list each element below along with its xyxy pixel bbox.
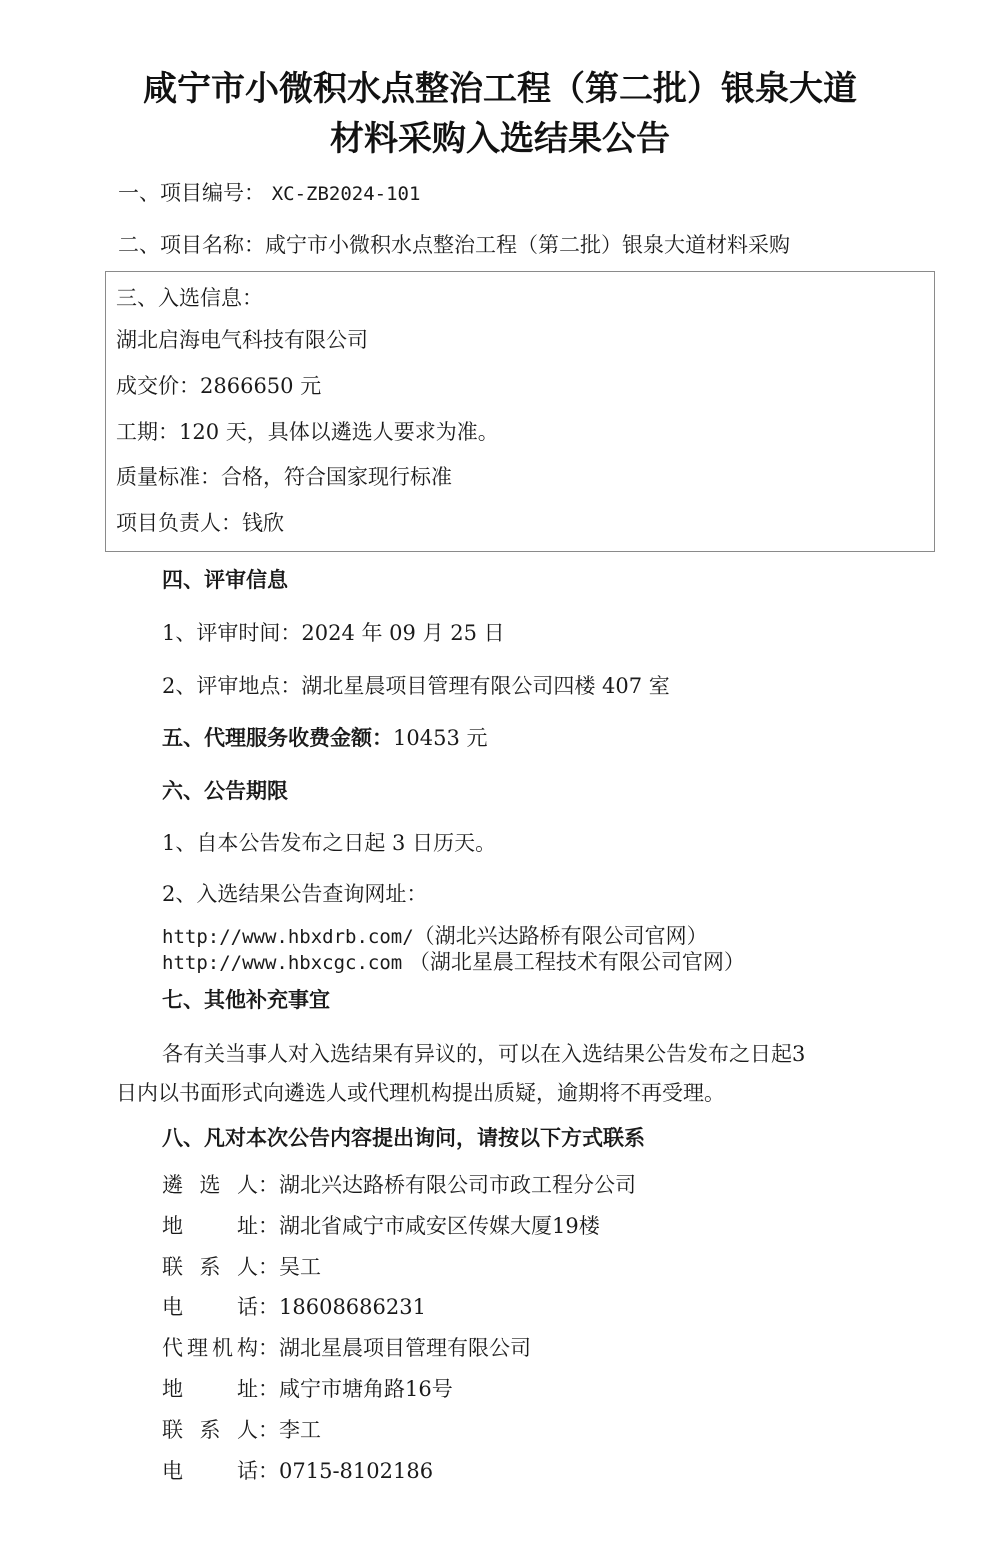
selector-phone-label: 电话 — [162, 1297, 258, 1318]
selector-name-value: 湖北兴达路桥有限公司市政工程分公司 — [279, 1173, 636, 1197]
review-time-row: 1、评审时间：2024 年 09 月 25 日 — [162, 623, 505, 644]
deal-price-row: 成交价：2866650 元 — [116, 376, 321, 397]
colon: ： — [258, 1173, 279, 1197]
query-link-2-desc: （湖北星晨工程技术有限公司官网） — [409, 950, 745, 974]
document-title-line-2: 材料采购入选结果公告 — [0, 122, 1000, 156]
query-link-row-2: http://www.hbxcgc.com （湖北星晨工程技术有限公司官网） — [162, 952, 745, 973]
selector-contact-value: 吴工 — [279, 1255, 321, 1279]
agency-name-row: 代理机构：湖北星晨项目管理有限公司 — [162, 1338, 531, 1359]
construction-period-label: 工期： — [116, 420, 179, 444]
colon: ： — [258, 1295, 279, 1319]
selector-address-value: 湖北省咸宁市咸安区传媒大厦19楼 — [279, 1214, 600, 1238]
project-manager-value: 钱欣 — [242, 511, 284, 535]
query-link-1[interactable]: http://www.hbxdrb.com/ — [162, 926, 414, 948]
other-matters-heading: 七、其他补充事宜 — [162, 990, 330, 1011]
agency-fee-row: 五、代理服务收费金额：10453 元 — [162, 728, 487, 749]
deal-price-label: 成交价： — [116, 374, 200, 398]
quality-standard-label: 质量标准： — [116, 465, 221, 489]
selection-info-heading: 三、入选信息： — [116, 288, 263, 309]
query-link-2[interactable]: http://www.hbxcgc.com — [162, 952, 402, 974]
quality-standard-row: 质量标准：合格，符合国家现行标准 — [116, 467, 452, 488]
project-number-value: XC-ZB2024-101 — [272, 183, 421, 205]
colon: ： — [258, 1214, 279, 1238]
project-name-row: 二、项目名称：咸宁市小微积水点整治工程（第二批）银泉大道材料采购 — [118, 235, 790, 256]
agency-address-row: 地址：咸宁市塘角路16号 — [162, 1379, 453, 1400]
project-manager-row: 项目负责人：钱欣 — [116, 513, 284, 534]
review-location-label: 2、评审地点： — [162, 674, 301, 698]
project-number-row: 一、项目编号： XC-ZB2024-101 — [118, 183, 420, 204]
selector-contact-row: 联系人：吴工 — [162, 1257, 321, 1278]
colon: ： — [258, 1377, 279, 1401]
agency-phone-label: 电话 — [162, 1461, 258, 1482]
construction-period-value: 120 天，具体以遴选人要求为准。 — [179, 420, 499, 444]
colon: ： — [258, 1418, 279, 1442]
colon: ： — [258, 1255, 279, 1279]
agency-phone-value: 0715-8102186 — [279, 1459, 433, 1483]
agency-name-label: 代理机构 — [162, 1338, 258, 1359]
review-location-value: 湖北星晨项目管理有限公司四楼 407 室 — [301, 674, 669, 698]
contact-heading: 八、凡对本次公告内容提出询问，请按以下方式联系 — [162, 1128, 645, 1149]
project-number-label: 一、项目编号： — [118, 181, 265, 205]
selector-phone-row: 电话：18608686231 — [162, 1297, 426, 1318]
agency-contact-label: 联系人 — [162, 1420, 258, 1441]
announcement-period-item-2: 2、入选结果公告查询网址： — [162, 884, 427, 905]
agency-address-label: 地址 — [162, 1379, 258, 1400]
agency-fee-label: 五、代理服务收费金额： — [162, 726, 393, 750]
deal-price-value: 2866650 元 — [200, 374, 321, 398]
query-link-1-desc: （湖北兴达路桥有限公司官网） — [414, 924, 708, 948]
agency-fee-value: 10453 元 — [393, 726, 487, 750]
agency-name-value: 湖北星晨项目管理有限公司 — [279, 1336, 531, 1360]
selector-address-row: 地址：湖北省咸宁市咸安区传媒大厦19楼 — [162, 1216, 600, 1237]
selector-address-label: 地址 — [162, 1216, 258, 1237]
review-time-value: 2024 年 09 月 25 日 — [301, 621, 504, 645]
announcement-period-heading: 六、公告期限 — [162, 781, 288, 802]
selector-phone-value: 18608686231 — [279, 1295, 426, 1319]
other-matters-para-line-1: 各有关当事人对入选结果有异议的，可以在入选结果公告发布之日起3 — [162, 1044, 805, 1065]
agency-contact-value: 李工 — [279, 1418, 321, 1442]
project-manager-label: 项目负责人： — [116, 511, 242, 535]
colon: ： — [258, 1336, 279, 1360]
document-title-line-1: 咸宁市小微积水点整治工程（第二批）银泉大道 — [0, 72, 1000, 106]
quality-standard-value: 合格，符合国家现行标准 — [221, 465, 452, 489]
review-time-label: 1、评审时间： — [162, 621, 301, 645]
project-name-value: 咸宁市小微积水点整治工程（第二批）银泉大道材料采购 — [265, 233, 790, 257]
project-name-label: 二、项目名称： — [118, 233, 265, 257]
agency-address-value: 咸宁市塘角路16号 — [279, 1377, 453, 1401]
winning-company: 湖北启海电气科技有限公司 — [116, 330, 368, 351]
selector-contact-label: 联系人 — [162, 1257, 258, 1278]
colon: ： — [258, 1459, 279, 1483]
agency-phone-row: 电话：0715-8102186 — [162, 1461, 433, 1482]
selector-name-label: 遴选人 — [162, 1175, 258, 1196]
construction-period-row: 工期：120 天，具体以遴选人要求为准。 — [116, 422, 499, 443]
agency-contact-row: 联系人：李工 — [162, 1420, 321, 1441]
query-link-row-1: http://www.hbxdrb.com/（湖北兴达路桥有限公司官网） — [162, 926, 708, 947]
other-matters-para-line-2: 日内以书面形式向遴选人或代理机构提出质疑，逾期将不再受理。 — [116, 1083, 725, 1104]
review-info-heading: 四、评审信息 — [162, 570, 288, 591]
selector-name-row: 遴选人：湖北兴达路桥有限公司市政工程分公司 — [162, 1175, 636, 1196]
announcement-period-item-1: 1、自本公告发布之日起 3 日历天。 — [162, 833, 496, 854]
selection-info-box — [105, 271, 935, 552]
review-location-row: 2、评审地点：湖北星晨项目管理有限公司四楼 407 室 — [162, 676, 670, 697]
